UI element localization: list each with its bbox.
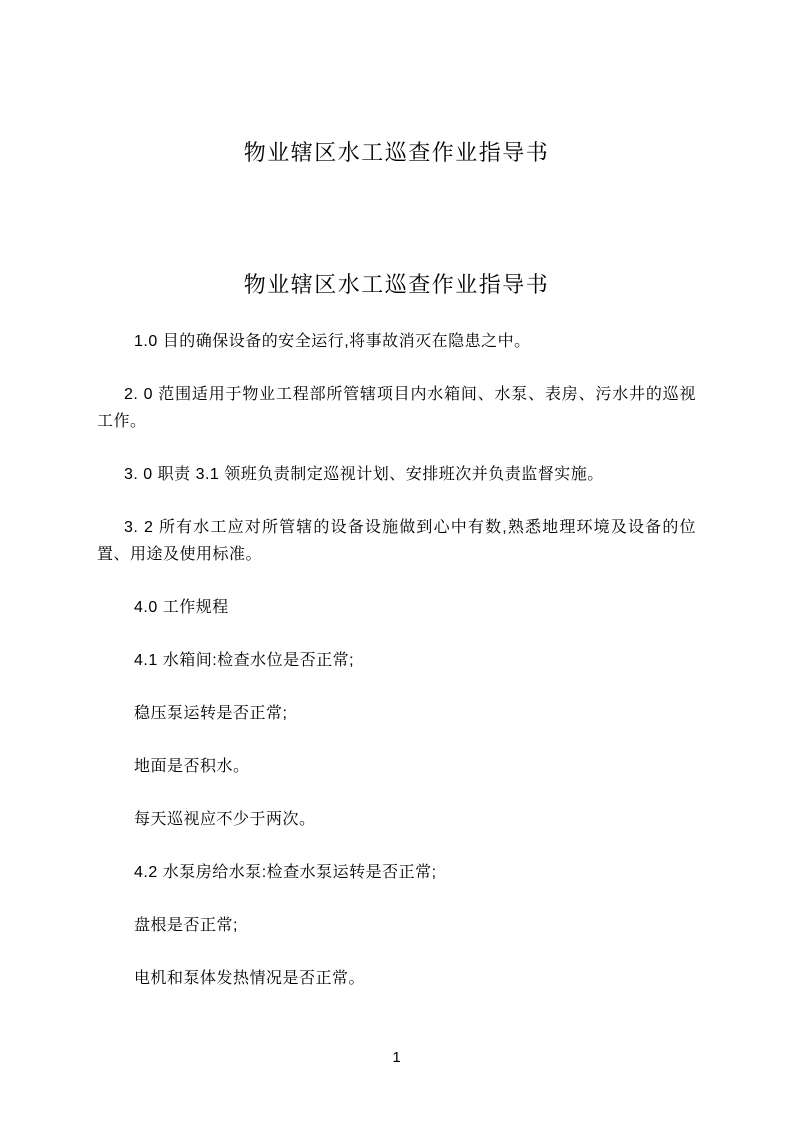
paragraph-scope: 2. 0 范围适用于物业工程部所管辖项目内水箱间、水泵、表房、污水井的巡视工作。 xyxy=(97,381,696,435)
page-footer: 1 xyxy=(0,1048,793,1068)
document-main-title: 物业辖区水工巡查作业指导书 xyxy=(97,270,696,300)
paragraph-responsibility-2: 3. 2 所有水工应对所管辖的设备设施做到心中有数,熟悉地理环境及设备的位置、用… xyxy=(97,514,696,568)
paragraph-packing: 盘根是否正常; xyxy=(97,912,696,939)
paragraph-procedure-heading: 4.0 工作规程 xyxy=(97,594,696,621)
paragraph-responsibility: 3. 0 职责 3.1 领班负责制定巡视计划、安排班次并负责监督实施。 xyxy=(97,461,696,488)
paragraph-floor-water: 地面是否积水。 xyxy=(97,753,696,780)
document-header-title: 物业辖区水工巡查作业指导书 xyxy=(97,138,696,168)
page-number: 1 xyxy=(392,1049,400,1066)
paragraph-water-tank-room: 4.1 水箱间:检查水位是否正常; xyxy=(97,647,696,674)
document-page: 物业辖区水工巡查作业指导书 物业辖区水工巡查作业指导书 1.0 目的确保设备的安… xyxy=(0,0,793,1122)
paragraph-patrol-frequency: 每天巡视应不少于两次。 xyxy=(97,806,696,833)
paragraph-motor-heat: 电机和泵体发热情况是否正常。 xyxy=(97,965,696,992)
paragraph-purpose: 1.0 目的确保设备的安全运行,将事故消灭在隐患之中。 xyxy=(97,328,696,355)
paragraph-pump-room: 4.2 水泵房给水泵:检查水泵运转是否正常; xyxy=(97,859,696,886)
document-body: 1.0 目的确保设备的安全运行,将事故消灭在隐患之中。 2. 0 范围适用于物业… xyxy=(97,328,696,992)
paragraph-pressure-pump: 稳压泵运转是否正常; xyxy=(97,700,696,727)
